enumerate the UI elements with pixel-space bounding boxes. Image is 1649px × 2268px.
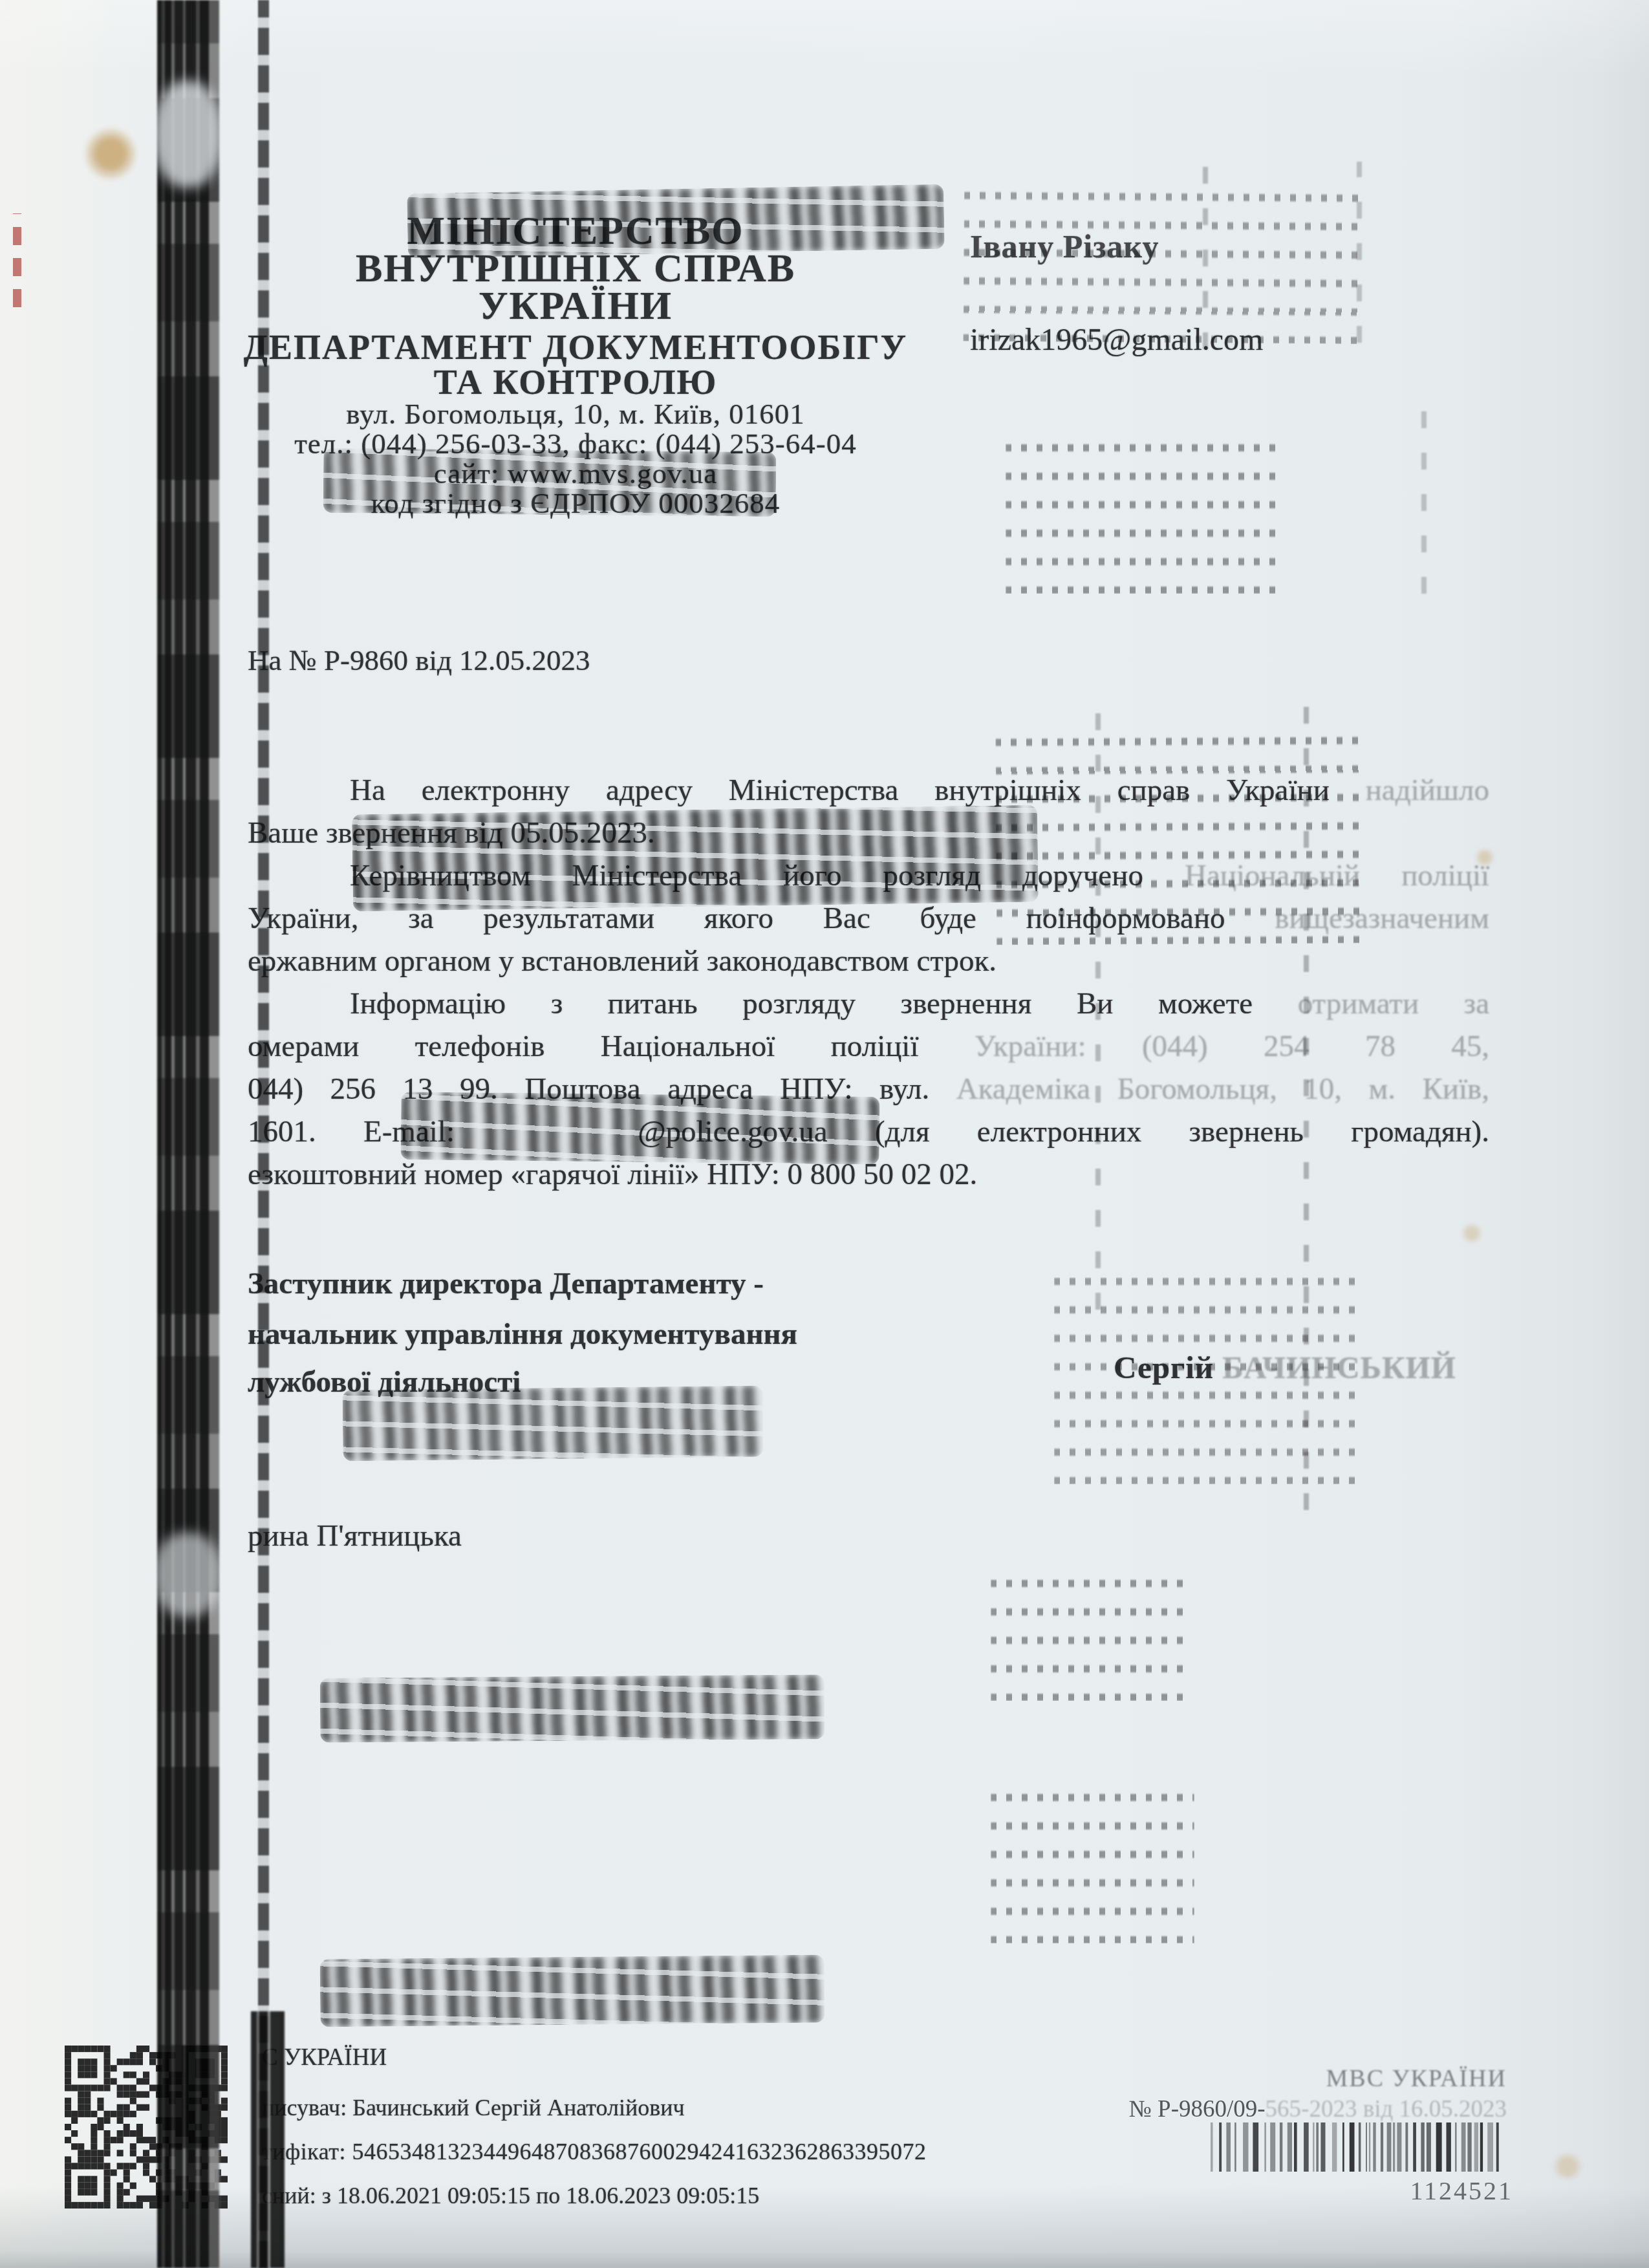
footer-doc-number: № Р-9860/09-565-2023 від 16.05.2023 bbox=[983, 2095, 1507, 2123]
ghost-stamp-dots bbox=[991, 1578, 1191, 1701]
stamp-smudge bbox=[352, 805, 1039, 912]
paper-stain bbox=[1476, 847, 1494, 868]
stamp-smudge bbox=[407, 184, 945, 258]
letterhead-address: вул. Богомольця, 10, м. Київ, 01601 bbox=[226, 397, 925, 431]
red-edge-marks bbox=[13, 213, 21, 307]
scan-streak bbox=[1095, 695, 1101, 1310]
footer-certificate-line: тифікат: 5465348132344964870836876002942… bbox=[262, 2138, 927, 2165]
scan-streak bbox=[1203, 155, 1208, 349]
body-p3-line2: омерами телефонів Національної поліції У… bbox=[248, 1026, 1489, 1067]
scan-artifact-band-bottom bbox=[251, 2011, 285, 2268]
signature-title-line1: Заступник директора Департаменту - bbox=[248, 1266, 764, 1301]
letterhead-ministry-line3: УКРАЇНИ bbox=[226, 283, 925, 329]
ghost-stamp-dots bbox=[991, 1791, 1194, 1943]
body-p2-line3: ержавним органом у встановлений законода… bbox=[248, 940, 1489, 982]
letterhead-department-line1: ДЕПАРТАМЕНТ ДОКУМЕНТООБІГУ bbox=[226, 327, 925, 367]
body-p3-line1: Інформацію з питань розгляду звернення В… bbox=[248, 983, 1489, 1024]
stamp-smudge bbox=[400, 1092, 879, 1165]
footer-validity-line: сний: з 18.06.2021 09:05:15 по 18.06.202… bbox=[262, 2182, 759, 2209]
ghost-stamp-dots bbox=[963, 186, 1365, 344]
stamp-smudge bbox=[320, 1674, 825, 1742]
scanned-letter-page: МІНІСТЕРСТВО ВНУТРІШНІХ СПРАВ УКРАЇНИ ДЕ… bbox=[0, 0, 1649, 2268]
ghost-stamp-dots bbox=[1006, 432, 1277, 594]
paper-stain bbox=[1551, 2154, 1584, 2179]
letterhead-department-line2: ТА КОНТРОЛЮ bbox=[226, 362, 925, 402]
ghost-stamp-dots bbox=[1054, 1277, 1364, 1484]
scan-streak bbox=[1421, 406, 1427, 594]
paper-stain bbox=[84, 126, 137, 182]
stamp-smudge bbox=[320, 1955, 825, 2027]
footer-barcode-number: 1124521 bbox=[1403, 2176, 1513, 2206]
executor-name: рина П'ятницька bbox=[248, 1518, 462, 1553]
paper-stain bbox=[1460, 1224, 1483, 1243]
scan-streak bbox=[1304, 682, 1309, 1510]
barcode-image bbox=[1211, 2122, 1507, 2172]
stamp-smudge bbox=[342, 1386, 763, 1462]
scan-band-gap bbox=[154, 1533, 222, 1617]
scan-artifact-line bbox=[258, 0, 269, 2268]
footer-signer-line: писувач: Бачинський Сергій Анатолійович bbox=[262, 2094, 685, 2121]
footer-org-right: МВС УКРАЇНИ bbox=[1248, 2064, 1507, 2093]
signature-title-line2: начальник управління документування bbox=[248, 1317, 797, 1352]
scan-streak bbox=[1357, 162, 1362, 343]
ghost-stamp-dots bbox=[995, 720, 1368, 945]
scan-band-gap bbox=[154, 81, 222, 188]
stamp-smudge bbox=[323, 448, 777, 517]
scan-artifact-band bbox=[157, 0, 219, 2268]
reference-line: На № Р-9860 від 12.05.2023 bbox=[248, 643, 590, 677]
